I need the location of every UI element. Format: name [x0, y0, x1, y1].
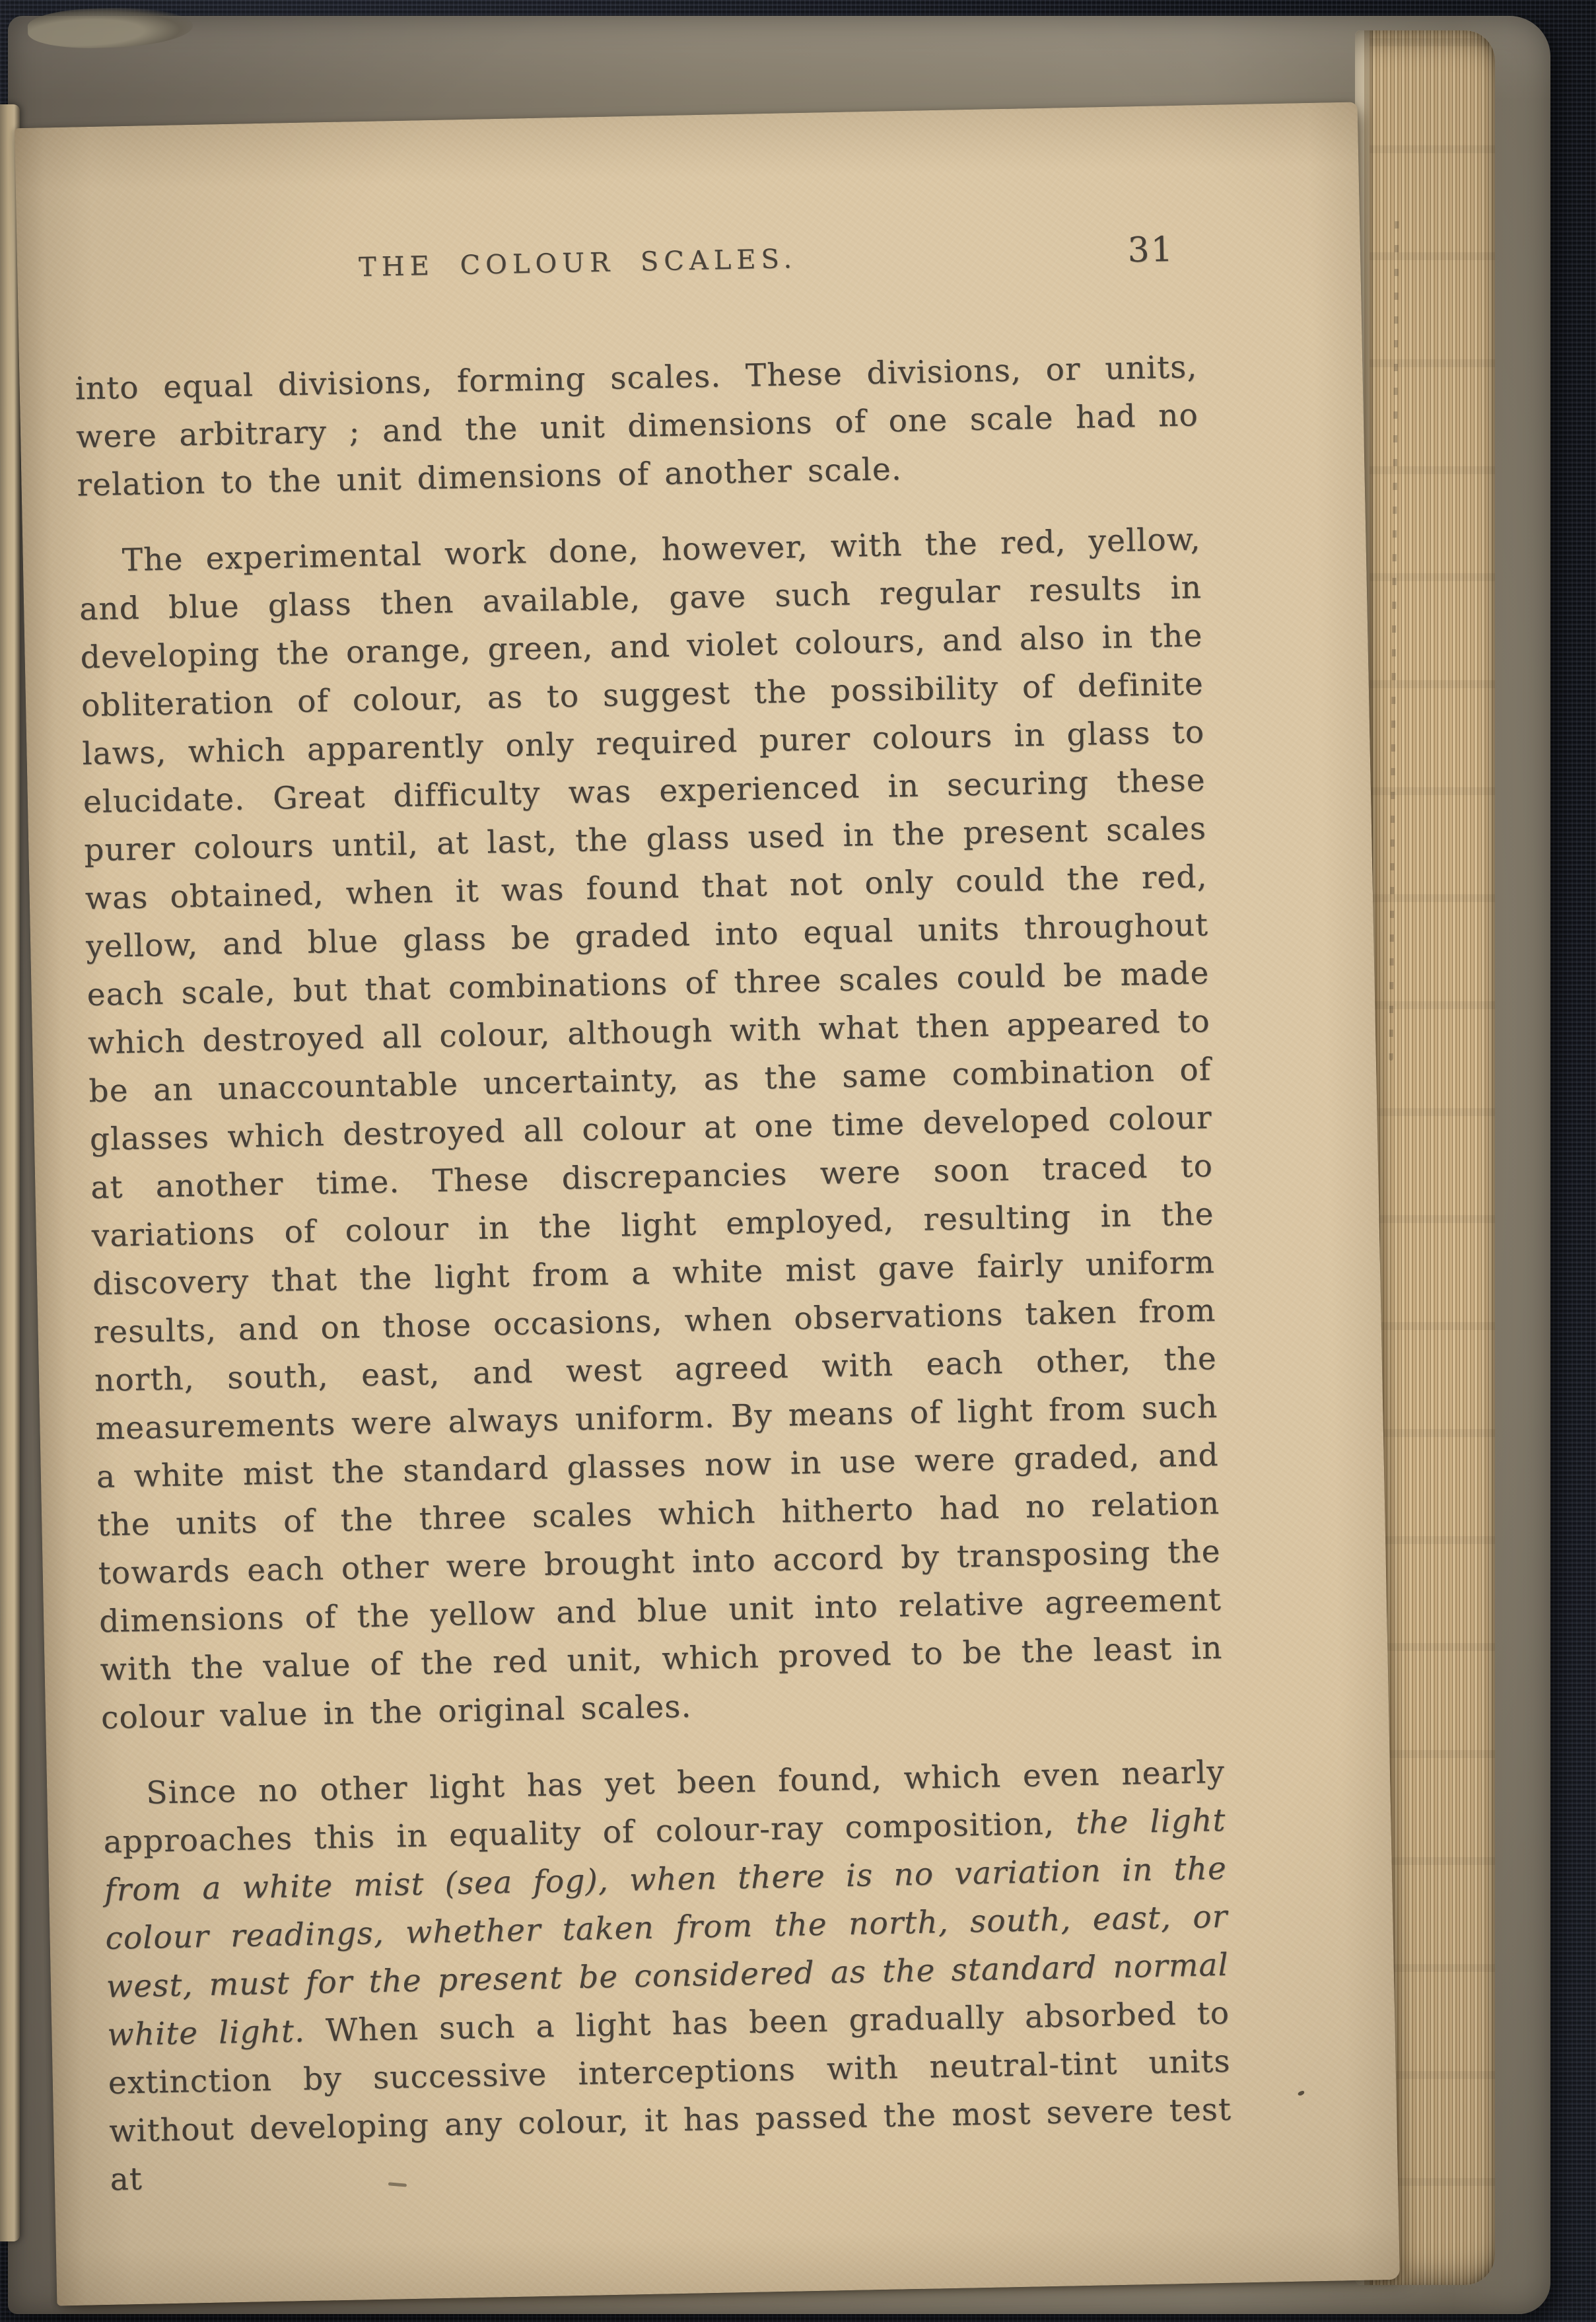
paragraph-text: Since no other light has yet been found,…: [103, 1754, 1225, 1860]
paragraph: The experimental work done, however, wit…: [78, 515, 1224, 1742]
paragraph: into equal divisions, forming scales. Th…: [75, 343, 1200, 509]
paragraph-text: into equal divisions, forming scales. Th…: [75, 349, 1198, 503]
body-text: into equal divisions, forming scales. Th…: [75, 343, 1233, 2204]
book-page: THE COLOUR SCALES. 31 into equal divisio…: [15, 102, 1400, 2305]
fore-edge-bleedthrough-marks: [1389, 215, 1399, 1061]
page-number: 31: [1127, 230, 1174, 270]
printed-text-area: THE COLOUR SCALES. 31 into equal divisio…: [73, 236, 1233, 2204]
paragraph-text: The experimental work done, however, wit…: [79, 521, 1223, 1736]
left-page-sliver: [0, 104, 20, 2241]
paragraph: Since no other light has yet been found,…: [102, 1748, 1233, 2204]
running-header: THE COLOUR SCALES.: [17, 237, 1140, 289]
book-scan-scene: THE COLOUR SCALES. 31 into equal divisio…: [0, 0, 1596, 2322]
page-header-row: THE COLOUR SCALES. 31: [73, 236, 1196, 306]
ink-speck: [1298, 2090, 1305, 2096]
